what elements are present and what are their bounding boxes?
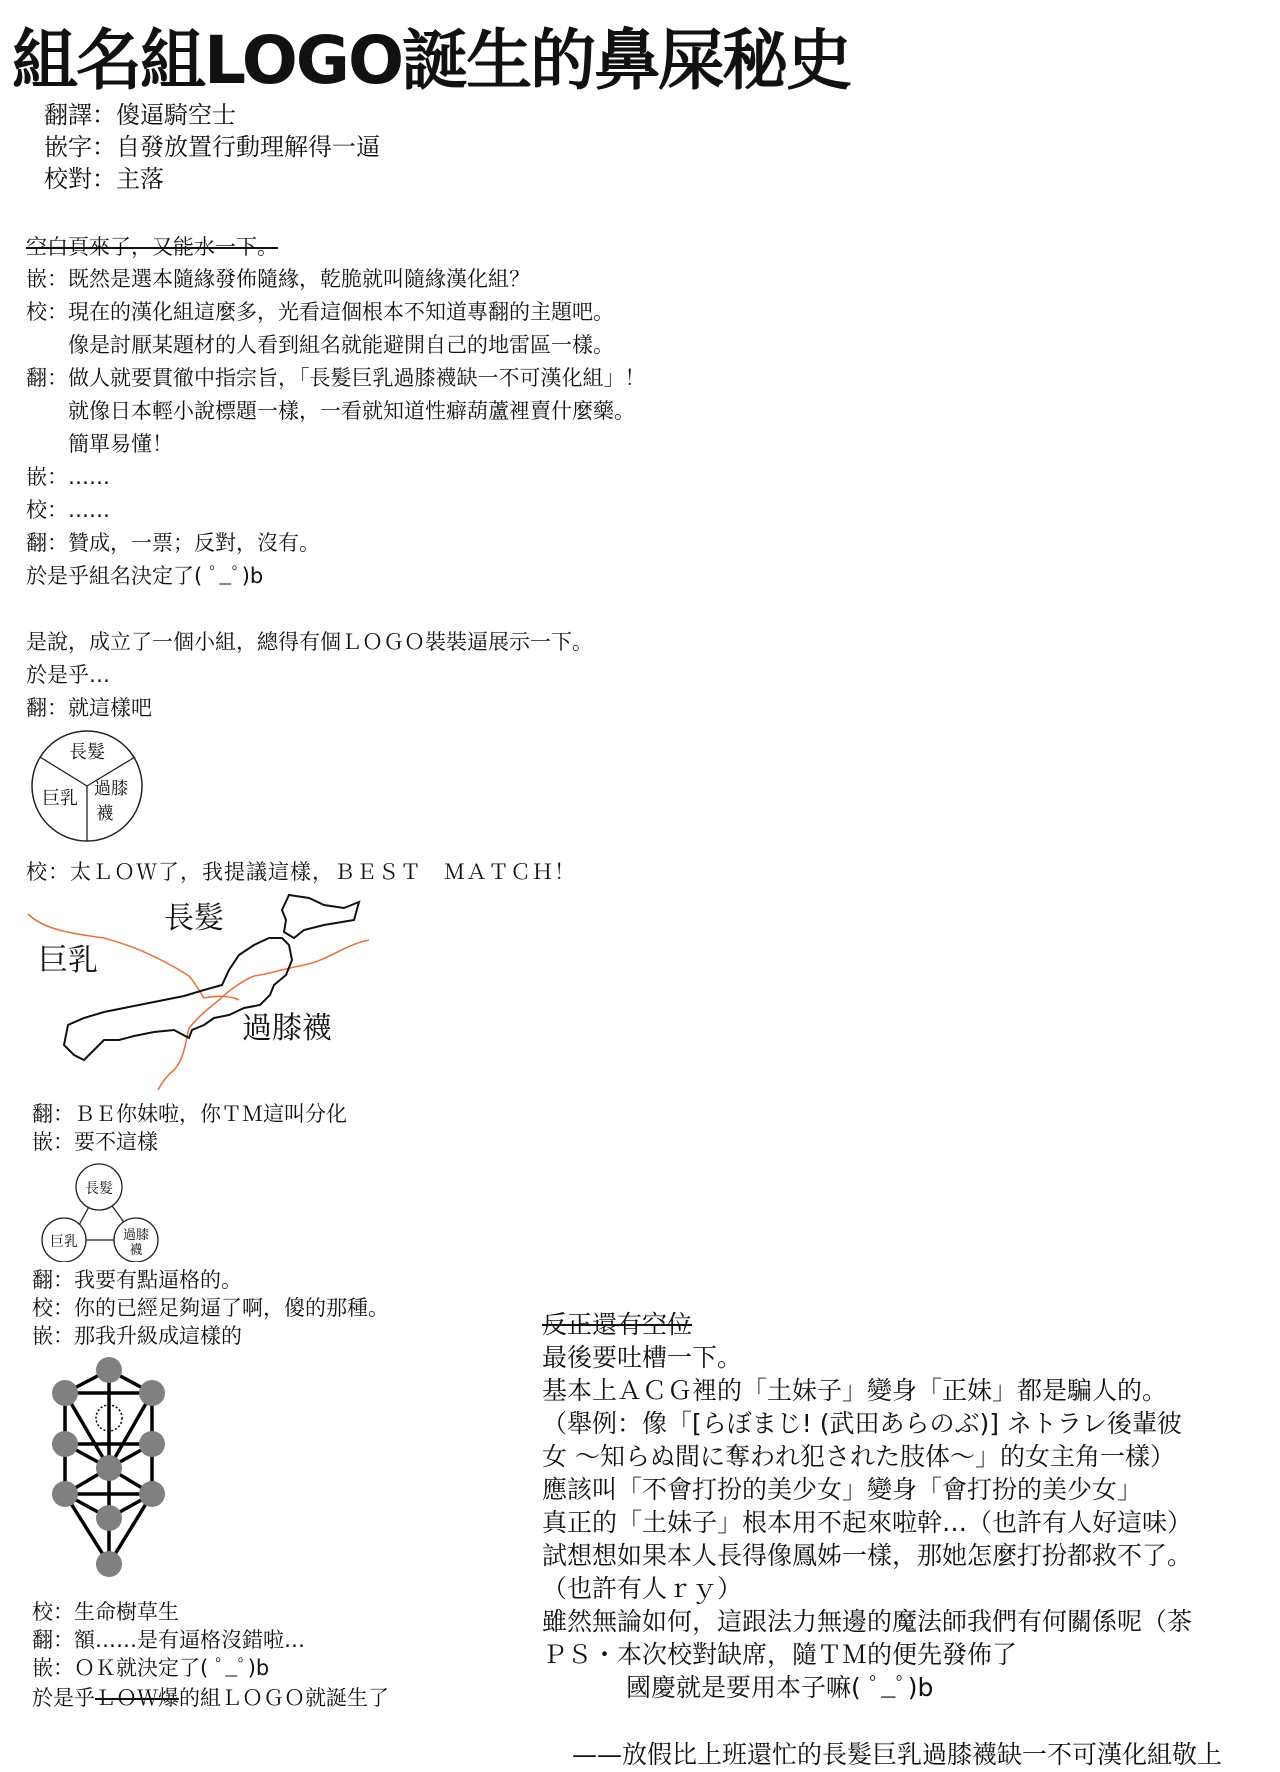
dialogue-line: 翻：我要有點逼格的。 <box>32 1266 242 1294</box>
dialogue-line: 嵌：…… <box>26 463 110 491</box>
pie-label-big-breasts: 巨乳 <box>42 788 78 809</box>
three-circle-logo-diagram: 長髮 巨乳 過膝 襪 <box>40 1162 165 1262</box>
map-label-big-breasts: 巨乳 <box>38 943 98 978</box>
dialogue-line: 是說，成立了一個小組，總得有個ＬＯＧＯ裝裝逼展示一下。 <box>26 628 593 656</box>
afterword-line: 女 ～知らぬ間に奪われ犯された肢体～」的女主角一樣） <box>542 1440 1175 1473</box>
dialogue-line: 校：現在的漢化組這麼多，光看這個根本不知道專翻的主題吧。 <box>26 298 614 326</box>
final-struck: ＬＯＷ爆 <box>95 1686 179 1710</box>
credit-proofreader: 校對：主落 <box>44 164 164 194</box>
circle-label-big-breasts: 巨乳 <box>50 1234 78 1250</box>
final-suffix: 的組ＬＯＧＯ就誕生了 <box>179 1686 389 1710</box>
page-title: 組名組LOGO誕生的鼻屎秘史 <box>12 22 850 100</box>
dialogue-line: 簡單易懂！ <box>26 430 173 458</box>
pie-label-long-hair: 長髮 <box>69 742 105 763</box>
afterword-line: 最後要吐槽一下。 <box>542 1341 742 1374</box>
dialogue-line: 校：生命樹草生 <box>32 1598 179 1626</box>
afterword-line: 雖然無論如何，這跟法力無邊的魔法師我們有何關係呢（茶 <box>542 1605 1192 1638</box>
dialogue-line: 嵌：ＯＫ就決定了( ﾟ_ﾟ)b <box>32 1654 269 1682</box>
map-label-long-hair: 長髮 <box>164 901 224 936</box>
afterword-line: 試想想如果本人長得像鳳姊一樣，那她怎麼打扮都救不了。 <box>542 1539 1192 1572</box>
dialogue-line: 翻：贊成，一票；反對，沒有。 <box>26 529 320 557</box>
afterword-line: ＰＳ・本次校對缺席，隨ＴＭ的便先發佈了 <box>542 1638 1017 1671</box>
afterword-struck-intro: 反正還有空位 <box>542 1308 692 1341</box>
dialogue-line: 翻：就這樣吧 <box>26 694 152 722</box>
pie-label-knee-socks-2: 襪 <box>97 804 114 824</box>
dialogue-line: 翻：額……是有逼格沒錯啦… <box>32 1626 305 1654</box>
circle-label-long-hair: 長髮 <box>85 1181 113 1197</box>
circle-label-knee-socks-1: 過膝 <box>123 1227 149 1243</box>
afterword-line: 國慶就是要用本子嘛( ﾟ_ﾟ)b <box>626 1671 933 1704</box>
afterword-line: （舉例：像「[らぼまじ! (武田あらのぶ)] ネトラレ後輩彼 <box>542 1407 1182 1440</box>
afterword-line: 應該叫「不會打扮的美少女」變身「會打扮的美少女」 <box>542 1473 1142 1506</box>
dialogue-line: 嵌：要不這樣 <box>32 1128 158 1156</box>
dialogue-line: 校：…… <box>26 496 110 524</box>
dialogue-line: 校：你的已經足夠逼了啊，傻的那種。 <box>32 1294 389 1322</box>
tree-of-life-diagram <box>40 1356 180 1592</box>
map-label-knee-socks: 過膝襪 <box>242 1011 332 1046</box>
afterword-line: 基本上ＡＣＧ裡的「土妹子」變身「正妹」都是騙人的。 <box>542 1374 1167 1407</box>
afterword-line: （也許有人ｒｙ） <box>542 1572 742 1605</box>
dialogue-line: 像是討厭某題材的人看到組名就能避開自己的地雷區一樣。 <box>26 331 614 359</box>
afterword-signature: ——放假比上班還忙的長髮巨乳過膝襪缺一不可漢化組敬上 <box>572 1738 1222 1771</box>
dialogue-line: 嵌：那我升級成這樣的 <box>32 1322 242 1350</box>
dialogue-line: 翻：ＢＥ你妹啦，你ＴＭ這叫分化 <box>32 1100 347 1128</box>
pie-logo-diagram: 長髮 巨乳 過膝 襪 <box>28 727 146 845</box>
japan-map-diagram: 長髮 巨乳 過膝襪 <box>24 890 384 1090</box>
final-prefix: 於是乎 <box>32 1686 95 1710</box>
dialogue-line: 於是乎… <box>26 661 110 689</box>
dialogue-line: 於是乎組名決定了( ﾟ_ﾟ)b <box>26 562 263 590</box>
dialogue-line: 翻：做人就要貫徹中指宗旨，「長髮巨乳過膝襪缺一不可漢化組」！ <box>26 364 646 392</box>
dialogue-line: 就像日本輕小說標題一樣，一看就知道性癖葫蘆裡賣什麼藥。 <box>26 397 635 425</box>
final-line: 於是乎ＬＯＷ爆的組ＬＯＧＯ就誕生了 <box>32 1684 389 1712</box>
dialogue-line: 嵌：既然是選本隨緣發佈隨緣，乾脆就叫隨緣漢化組？ <box>26 265 530 293</box>
dialogue-line: 校：太ＬＯＷ了，我提議這樣，ＢＥＳＴ ＭＡＴＣＨ！ <box>26 858 576 886</box>
credit-typesetter: 嵌字：自發放置行動理解得一逼 <box>44 132 380 162</box>
afterword-line: 真正的「土妹子」根本用不起來啦幹…（也許有人好這味） <box>542 1506 1192 1539</box>
circle-label-knee-socks-2: 襪 <box>129 1242 142 1258</box>
credit-translator: 翻譯：傻逼騎空士 <box>44 100 236 130</box>
struck-intro: 空白頁來了，又能水一下。 <box>26 233 278 261</box>
pie-label-knee-socks-1: 過膝 <box>94 779 128 799</box>
